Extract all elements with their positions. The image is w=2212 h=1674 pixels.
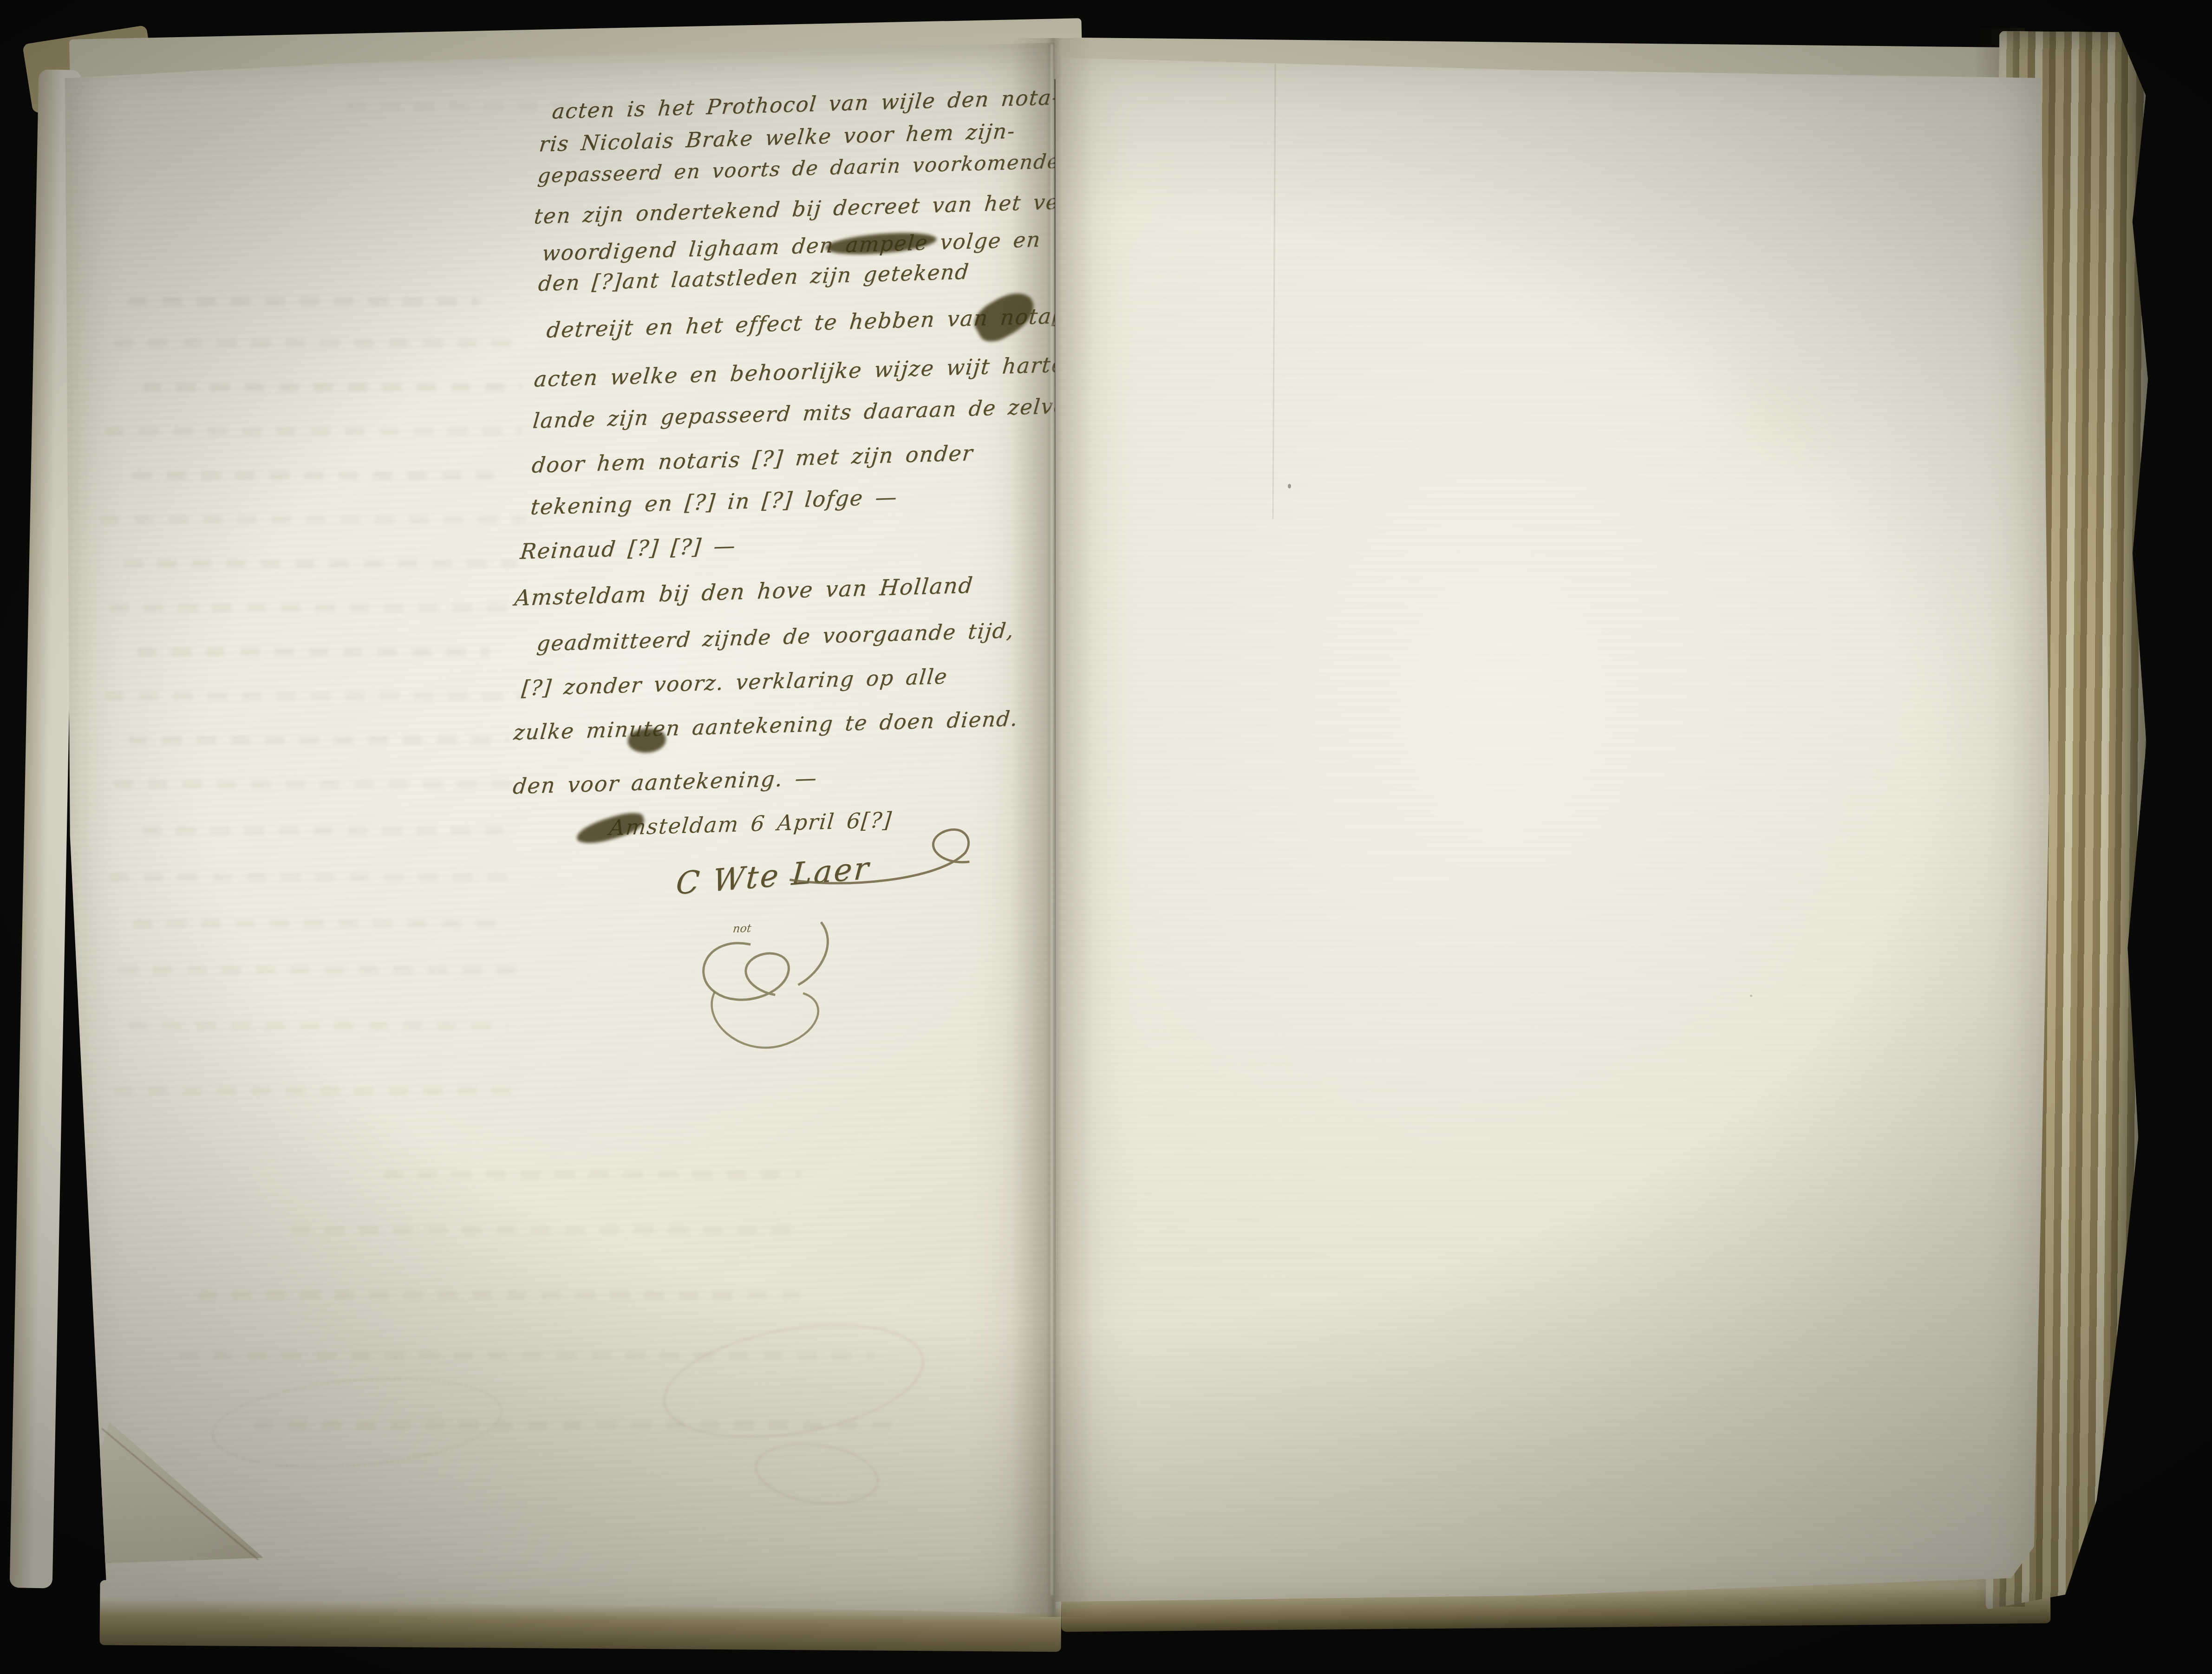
manuscript-line: zulke minuten aantekening te doen diend.: [513, 706, 1019, 745]
manuscript-line: [?] zonder voorz. verklaring op alle: [521, 664, 949, 701]
left-page: acten is het Prothocol van wijle den not…: [58, 37, 1056, 1616]
manuscript-line: den voor aantekening. —: [512, 765, 819, 799]
paper-crease: [1272, 64, 1276, 519]
manuscript-line: tekening en [?] in [?] lofge —: [529, 484, 899, 520]
manuscript-line: door hem notaris [?] met zijn onder: [531, 440, 975, 478]
paper-speck: [1288, 484, 1291, 489]
manuscript-line: den [?]ant laatstleden zijn getekend: [537, 259, 971, 296]
manuscript-line: ris Nicolais Brake welke voor hem zijn-: [538, 118, 1017, 156]
manuscript-line: lande zijn gepasseerd mits daaraan de ze…: [532, 393, 1068, 433]
right-page: [1053, 42, 2054, 1616]
manuscript-line: acten is het Prothocol van wijle den not…: [551, 85, 1061, 124]
manuscript-line: acten welke en behoorlijke wijze wijt ha…: [533, 352, 1066, 392]
dateline-flourish: [783, 819, 985, 899]
manuscript-line: geadmitteerd zijnde de voorgaande tijd,: [535, 618, 1015, 656]
gutter-highlight: [1051, 44, 1053, 1595]
ink-blot: [969, 285, 1042, 348]
manuscript-text: acten is het Prothocol van wijle den not…: [56, 22, 1097, 1628]
ink-blot: [627, 728, 666, 753]
paper-speck: [1750, 995, 1752, 997]
manuscript-line: Amsteldam bij den hove van Holland: [514, 573, 975, 611]
manuscript-line: Reinaud [?] [?] —: [519, 533, 737, 564]
signature-paraph: [679, 912, 864, 1078]
photo-background: acten is het Prothocol van wijle den not…: [0, 0, 2212, 1674]
